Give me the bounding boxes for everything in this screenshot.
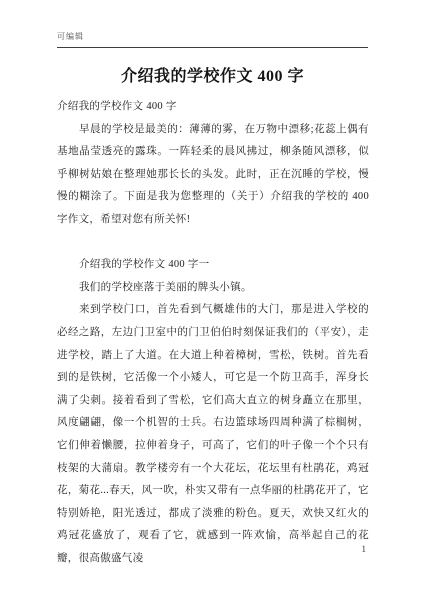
body-paragraph: 来到学校门口，首先看到气概雄伟的大门，那是进入学校的必经之路，左边门卫室中的门卫… [57,299,369,570]
page-header: 可编辑 [57,26,368,48]
document-title: 介绍我的学校作文 400 字 [57,63,368,86]
watermark-label: 可编辑 [57,32,84,41]
document-body: 介绍我的学校作文 400 字 早晨的学校是最美的：薄薄的雾，在万物中漂移;花蕊上… [57,96,369,570]
body-paragraph: 我们的学校座落于美丽的牌头小镇。 [57,277,369,300]
page-number: 1 [362,544,367,554]
body-paragraph: 介绍我的学校作文 400 字 [57,96,369,119]
paragraph-spacer [57,232,369,255]
body-paragraph: 介绍我的学校作文 400 字一 [57,254,369,277]
document-page: 可编辑 介绍我的学校作文 400 字 介绍我的学校作文 400 字 早晨的学校是… [0,0,424,600]
body-paragraph: 早晨的学校是最美的：薄薄的雾，在万物中漂移;花蕊上偶有基地晶莹透亮的露珠。一阵轻… [57,119,369,232]
